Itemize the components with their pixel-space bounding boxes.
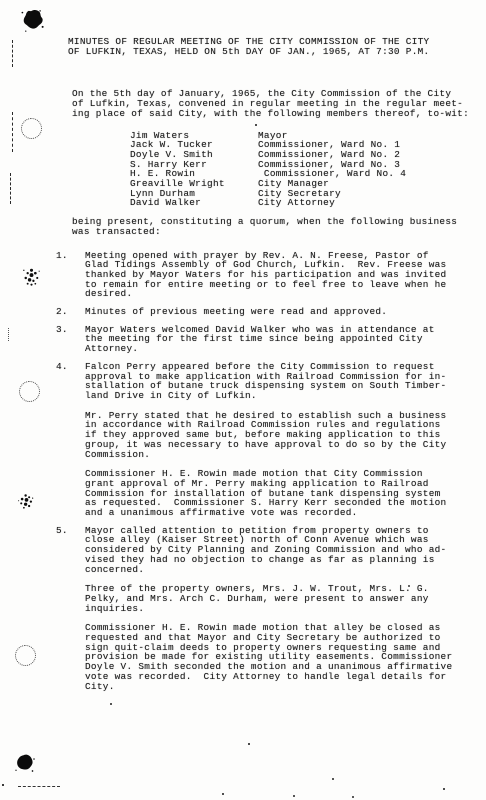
document-body: MINUTES OF REGULAR MEETING OF THE CITY C… [56, 37, 470, 691]
margin-dash-mark [10, 173, 11, 204]
item-body: Falcon Perry appeared before the City Co… [85, 362, 470, 518]
item-body: Mayor Waters welcomed David Walker who w… [85, 325, 470, 354]
item-paragraph: Commissioner H. E. Rowin made motion tha… [85, 623, 470, 691]
item-paragraph: Minutes of previous meeting were read an… [85, 307, 470, 317]
scan-noise [0, 0, 2, 2]
item-paragraph: Mayor Waters welcomed David Walker who w… [85, 325, 470, 354]
ink-speckle-icon [16, 492, 37, 513]
margin-dash-mark [8, 328, 9, 341]
agenda-item-3: 3. Mayor Waters welcomed David Walker wh… [56, 325, 470, 354]
item-number: 2. [56, 307, 85, 317]
item-number: 4. [56, 362, 85, 518]
item-paragraph: Mayor called attention to petition from … [85, 526, 470, 575]
agenda-item-1: 1. Meeting opened with prayer by Rev. A.… [56, 251, 470, 300]
hole-punch-mark [15, 645, 36, 666]
member-row: David Walker City Attorney [130, 198, 470, 208]
agenda-item-5: 5. Mayor called attention to petition fr… [56, 526, 470, 692]
scanned-minutes-page: MINUTES OF REGULAR MEETING OF THE CITY C… [0, 0, 486, 800]
item-number: 5. [56, 526, 85, 692]
item-body: Meeting opened with prayer by Rev. A. N.… [85, 251, 470, 300]
margin-dash-mark [12, 40, 13, 67]
item-paragraph: Falcon Perry appeared before the City Co… [85, 362, 470, 401]
hole-punch-mark [19, 381, 40, 402]
item-number: 1. [56, 251, 85, 300]
quorum-paragraph: being present, constituting a quorum, wh… [72, 217, 470, 236]
margin-dash-mark [12, 112, 13, 152]
agenda-items: 1. Meeting opened with prayer by Rev. A.… [56, 251, 470, 692]
item-number: 3. [56, 325, 85, 354]
item-paragraph: Mr. Perry stated that he desired to esta… [85, 411, 470, 460]
member-name: David Walker [130, 198, 258, 208]
ink-blot-icon [19, 7, 46, 35]
agenda-item-2: 2. Minutes of previous meeting were read… [56, 307, 470, 317]
ink-speckle-icon [20, 265, 43, 289]
members-list: Jim Waters Mayor Jack W. Tucker Commissi… [130, 131, 470, 209]
item-paragraph: Meeting opened with prayer by Rev. A. N.… [85, 251, 470, 300]
item-body: Mayor called attention to petition from … [85, 526, 470, 692]
hole-punch-mark [21, 118, 42, 139]
item-body: Minutes of previous meeting were read an… [85, 307, 470, 317]
member-role: City Attorney [258, 198, 335, 208]
margin-dash-mark [18, 786, 60, 787]
item-paragraph: Commissioner H. E. Rowin made motion tha… [85, 469, 470, 518]
agenda-item-4: 4. Falcon Perry appeared before the City… [56, 362, 470, 518]
ink-blot-icon [13, 751, 37, 776]
document-title: MINUTES OF REGULAR MEETING OF THE CITY C… [68, 37, 470, 56]
item-paragraph: Three of the property owners, Mrs. J. W.… [85, 584, 470, 613]
intro-paragraph: On the 5th day of January, 1965, the Cit… [72, 89, 470, 118]
